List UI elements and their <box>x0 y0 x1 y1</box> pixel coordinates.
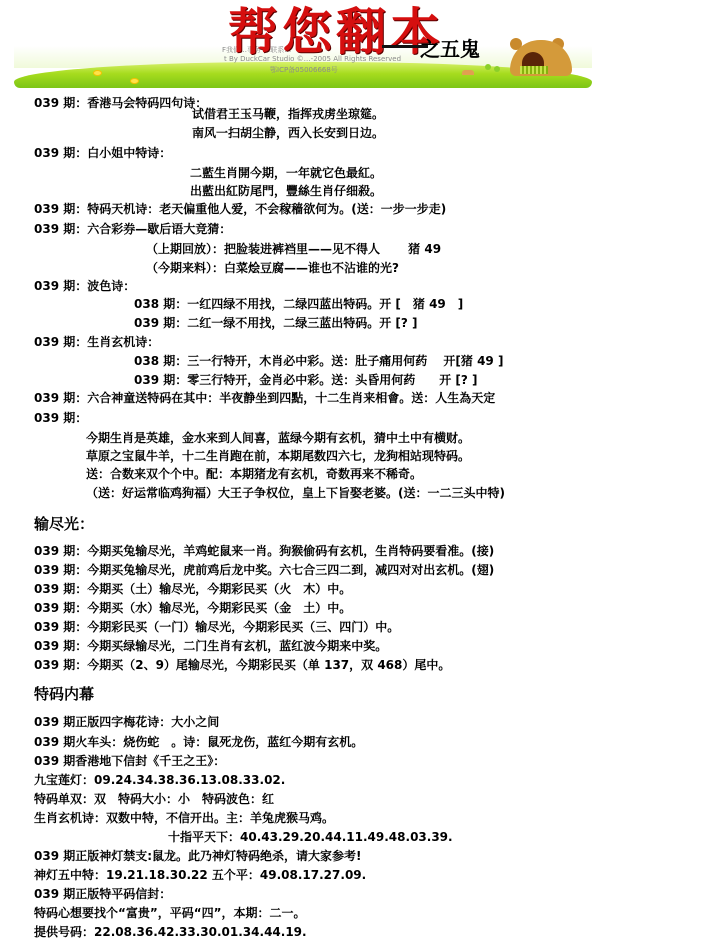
list-item: 039 期：今期彩民买（一门）输尽光，今期彩民买（三、四门）中。 <box>34 619 399 635</box>
verse-line: （送：好运常临鸡狗福）大王子争权位，皇上下旨娶老婆。(送：一二三头中特) <box>86 485 505 501</box>
color-poem-line: 039 期：二红一绿不用找，二绿三蓝出特码。开 [? ] <box>134 315 418 331</box>
zodiac-poem-line: 038 期：三一行特开，木肖必中彩。送：肚子痛用何药 开[猪 49 ] <box>134 353 503 369</box>
page-subtitle: 之五鬼 <box>420 38 480 60</box>
tree-icon <box>494 66 500 72</box>
block-label: 039 期：特码天机诗：老天偏重他人爱，不会稼穑欲何为。(送：一步一步走) <box>34 201 446 217</box>
list-item: 039 期：今期买（2、9）尾输尽光，今期彩民买（单 137，双 468）尾中。 <box>34 657 450 673</box>
list-item: 039 期香港地下信封《千王之王》： <box>34 753 225 769</box>
poem-line: 试借君王玉马鞭，指挥戎虏坐琼筵。 <box>192 106 384 122</box>
riddle-line: （上期回放）：把脸装进裤裆里——见不得人 猪 49 <box>146 241 441 257</box>
block-label: 039 期：六合神童送特码在其中：半夜静坐到四點，十二生肖来相會。送：人生為天定 <box>34 390 495 406</box>
icp-number: 鄂ICP备05006668号 <box>270 66 338 74</box>
verse-line: 今期生肖是英雄，金水来到人间喜，蓝绿今期有玄机，猜中土中有横财。 <box>86 430 470 446</box>
poem-line: 南风一扫胡尘静，西入长安到日边。 <box>192 125 384 141</box>
block-label: 039 期： <box>34 410 87 426</box>
list-item: 039 期正版特平码信封： <box>34 886 171 902</box>
flower-icon <box>93 70 102 76</box>
list-item: 生肖玄机诗：双数中特，不信开出。主：羊兔虎猴马鸡。 <box>34 810 334 826</box>
list-item: 九宝莲灯：09.24.34.38.36.13.08.33.02. <box>34 772 285 788</box>
poem-line: 二藍生肖開今期，一年就它色最紅。 <box>190 165 382 181</box>
header-banner: F我们…事务 …联系… t By DuckCar Studio ©…-2005 … <box>0 0 720 92</box>
list-item: 039 期正版四字梅花诗：大小之间 <box>34 714 219 730</box>
block-label: 039 期：香港马会特码四句诗： <box>34 95 207 111</box>
list-item: 039 期：今期买（土）输尽光，今期彩民买（火 木）中。 <box>34 581 351 597</box>
list-item: 039 期火车头：烧伤蛇 。诗：鼠死龙伤，蓝红今期有玄机。 <box>34 734 363 750</box>
fence-icon <box>520 66 548 74</box>
poem-line: 出藍出紅防尾門，豐絲生肖仔细殺。 <box>190 183 382 199</box>
block-label: 039 期：生肖玄机诗： <box>34 334 159 350</box>
bench-icon <box>462 70 474 75</box>
block-label: 039 期：白小姐中特诗： <box>34 145 171 161</box>
riddle-line: （今期来料）：白菜烩豆腐——谁也不沾谁的光? <box>146 260 399 276</box>
section-title-lose-all: 输尽光： <box>34 515 94 533</box>
list-item: 提供号码：22.08.36.42.33.30.01.34.44.19. <box>34 924 307 940</box>
zodiac-poem-line: 039 期：零三行特开，金肖必中彩。送：头昏用何药 开 [? ] <box>134 372 478 388</box>
color-poem-line: 038 期：一红四绿不用找，二绿四蓝出特码。开 [ 猪 49 ] <box>134 296 463 312</box>
list-item: 039 期正版神灯禁支:鼠龙。此乃神灯特码绝杀，请大家参考! <box>34 848 362 864</box>
tree-icon <box>485 64 491 70</box>
list-item: 特码心想要找个“富贵”，平码“四”，本期：二一。 <box>34 905 306 921</box>
block-label: 039 期：六合彩券—歇后语大竞猜： <box>34 221 231 237</box>
verse-line: 草原之宝鼠牛羊，十二生肖跑在前，本期尾数四六七，龙狗相站现特码。 <box>86 448 470 464</box>
list-item: 神灯五中特：19.21.18.30.22 五个平：49.08.17.27.09. <box>34 867 366 883</box>
list-item: 039 期：今期买（水）输尽光，今期彩民买（金 土）中。 <box>34 600 351 616</box>
list-item: 十指平天下：40.43.29.20.44.11.49.48.03.39. <box>168 829 453 845</box>
list-item: 039 期：今期买兔输尽光，羊鸡蛇鼠来一肖。狗猴偷码有玄机，生肖特码要看准。(接… <box>34 543 494 559</box>
page-title: 帮您翻本 <box>228 2 444 62</box>
list-item: 特码单双：双 特码大小：小 特码波色：红 <box>34 791 274 807</box>
flower-icon <box>130 78 139 84</box>
block-label: 039 期：波色诗： <box>34 278 135 294</box>
list-item: 039 期：今期买绿输尽光，二门生肖有玄机，蓝红波今期来中奖。 <box>34 638 387 654</box>
verse-line: 送：合数来双个个中。配：本期猪龙有玄机，奇数再来不稀奇。 <box>86 466 422 482</box>
list-item: 039 期：今期买兔输尽光，虎前鸡后龙中奖。六七合三四二到，减四对对出玄机。(翅… <box>34 562 494 578</box>
section-title-inside-info: 特码内幕 <box>34 685 94 703</box>
